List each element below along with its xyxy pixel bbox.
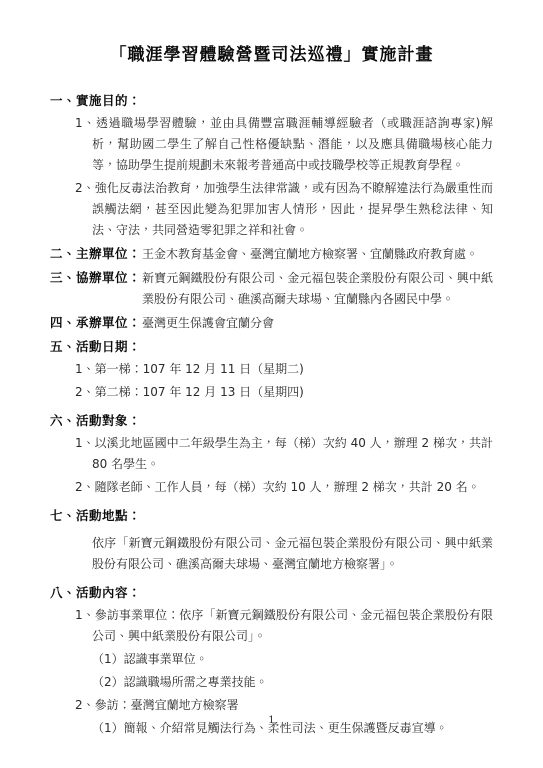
- page-number: 1: [0, 714, 543, 726]
- section-heading: 三、協辦單位：: [50, 267, 141, 288]
- section-purpose: 一、實施目的： 1、透過職場學習體驗，並由具備豐富職涯輔導經驗者（或職涯諮詢專家…: [50, 90, 493, 241]
- section-content: 王金木教育基金會、臺灣宜蘭地方檢察署、宜蘭縣政府教育處。: [141, 243, 493, 265]
- heading-row: 二、主辦單位： 王金木教育基金會、臺灣宜蘭地方檢察署、宜蘭縣政府教育處。: [50, 243, 493, 265]
- section-heading: 四、承辦單位：: [50, 312, 141, 333]
- list-item: 2、強化反毒法治教育，加強學生法律常識，或有因為不瞭解違法行為嚴重性而誤觸法網，…: [92, 178, 493, 241]
- document-page: 「職涯學習體驗營暨司法巡禮」實施計畫 一、實施目的： 1、透過職場學習體驗，並由…: [0, 0, 543, 768]
- list-item: 2、參訪：臺灣宜蘭地方檢察署: [92, 695, 493, 716]
- list-item: 1、第一梯：107 年 12 月 11 日（星期二): [92, 359, 493, 380]
- sub-list-item: （2）認識職場所需之專業技能。: [92, 672, 493, 693]
- section-co-organizers: 三、協辦單位： 新寶元鋼鐵股份有限公司、金元福包裝企業股份有限公司、興中紙業股份…: [50, 267, 493, 310]
- section-participants: 六、活動對象： 1、以溪北地區國中二年級學生為主，每（梯）次約 40 人，辦理 …: [50, 410, 493, 498]
- list-item: 2、隨隊老師、工作人員，每（梯）次約 10 人，辦理 2 梯次，共計 20 名。: [92, 477, 493, 498]
- sub-list-item: （1）認識事業單位。: [92, 649, 493, 670]
- section-organizers: 二、主辦單位： 王金木教育基金會、臺灣宜蘭地方檢察署、宜蘭縣政府教育處。: [50, 243, 493, 265]
- list-item: 1、以溪北地區國中二年級學生為主，每（梯）次約 40 人，辦理 2 梯次，共計 …: [92, 433, 493, 475]
- section-locations: 七、活動地點： 依序「新寶元鋼鐵股份有限公司、金元福包裝企業股份有限公司、興中紙…: [50, 505, 493, 575]
- section-heading: 七、活動地點：: [50, 505, 493, 526]
- section-dates: 五、活動日期： 1、第一梯：107 年 12 月 11 日（星期二) 2、第二梯…: [50, 336, 493, 403]
- section-heading: 五、活動日期：: [50, 336, 493, 357]
- section-executor: 四、承辦單位： 臺灣更生保護會宜蘭分會: [50, 312, 493, 334]
- section-heading: 一、實施目的：: [50, 90, 493, 111]
- list-item: 1、參訪事業單位：依序「新寶元鋼鐵股份有限公司、金元福包裝企業股份有限公司、興中…: [92, 605, 493, 647]
- document-title: 「職涯學習體驗營暨司法巡禮」實施計畫: [50, 44, 493, 67]
- section-content: 新寶元鋼鐵股份有限公司、金元福包裝企業股份有限公司、興中紙業股份有限公司、礁溪高…: [141, 267, 493, 310]
- heading-row: 三、協辦單位： 新寶元鋼鐵股份有限公司、金元福包裝企業股份有限公司、興中紙業股份…: [50, 267, 493, 310]
- list-item: 2、第二梯：107 年 12 月 13 日（星期四): [92, 382, 493, 403]
- section-heading: 八、活動內容：: [50, 582, 493, 603]
- list-item: 1、透過職場學習體驗，並由具備豐富職涯輔導經驗者（或職涯諮詢專家)解析，幫助國二…: [92, 113, 493, 176]
- paragraph: 依序「新寶元鋼鐵股份有限公司、金元福包裝企業股份有限公司、興中紙業股份有限公司、…: [92, 533, 493, 575]
- section-content: 臺灣更生保護會宜蘭分會: [141, 312, 493, 334]
- section-heading: 二、主辦單位：: [50, 243, 141, 264]
- section-heading: 六、活動對象：: [50, 410, 493, 431]
- heading-row: 四、承辦單位： 臺灣更生保護會宜蘭分會: [50, 312, 493, 334]
